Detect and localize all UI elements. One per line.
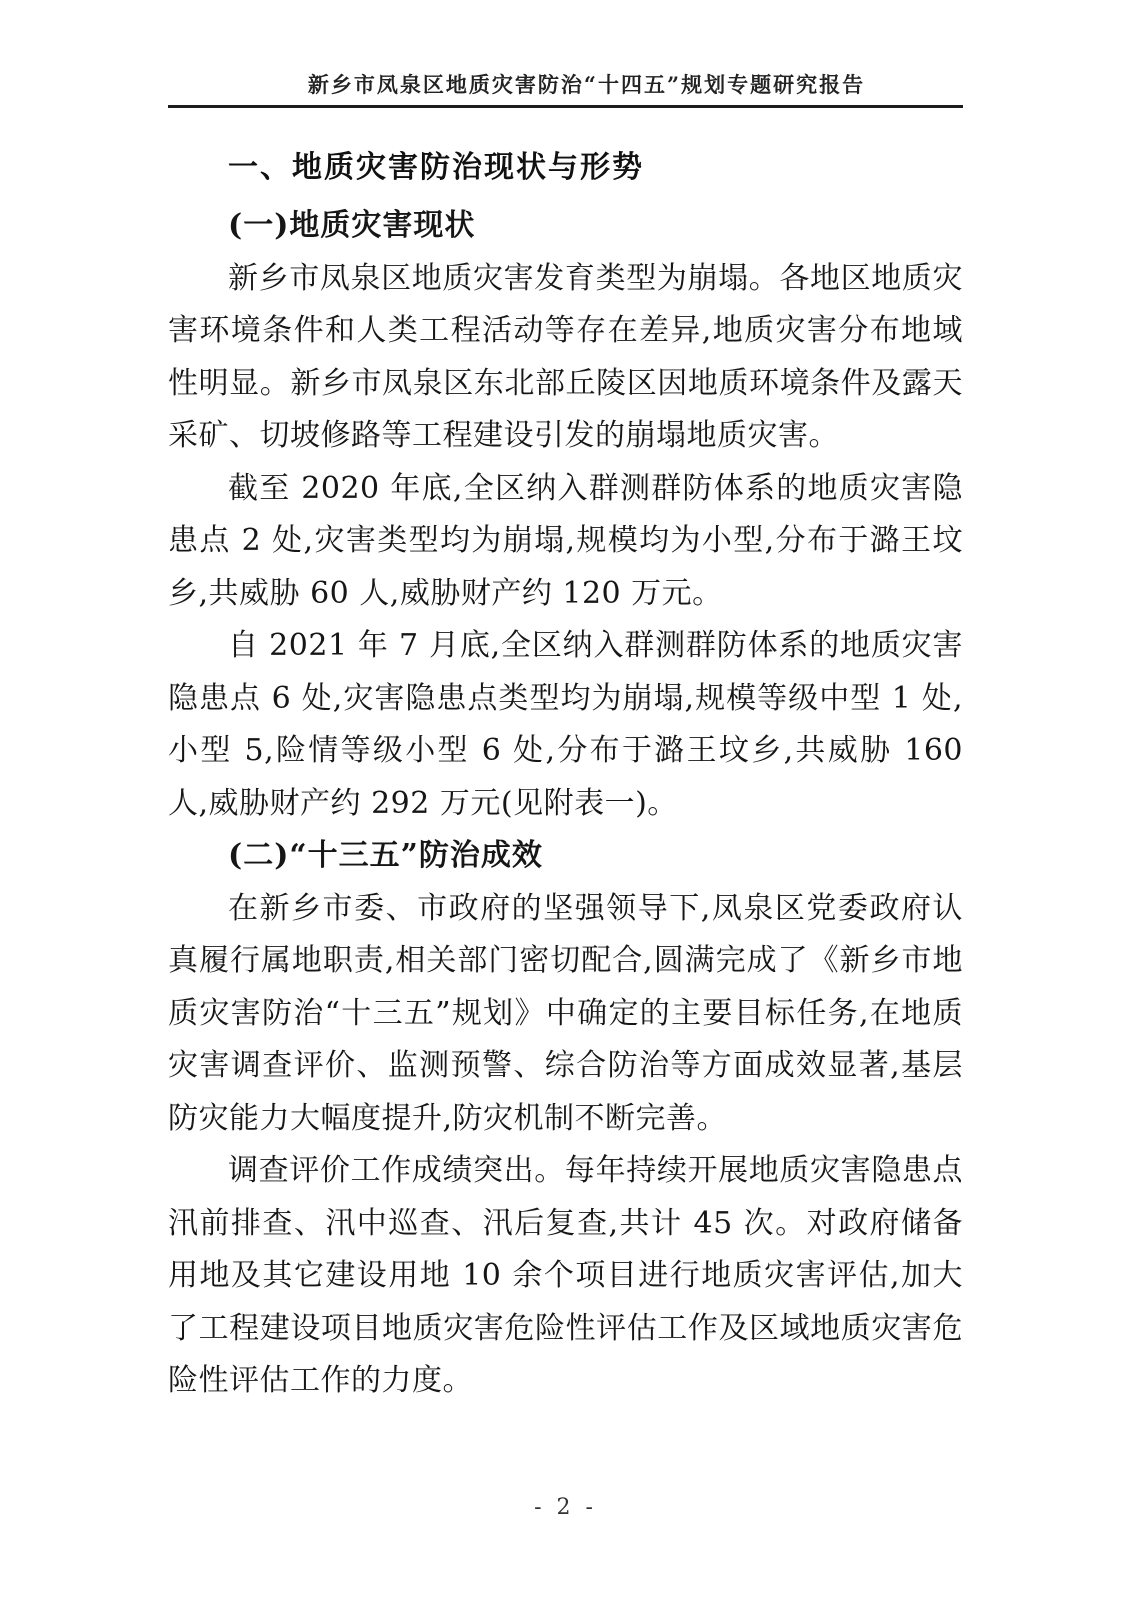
section-1-paragraph-2: 截至 2020 年底,全区纳入群测群防体系的地质灾害隐患点 2 处,灾害类型均为… xyxy=(168,463,963,621)
section-1-paragraph-1: 新乡市凤泉区地质灾害发育类型为崩塌。各地区地质灾害环境条件和人类工程活动等存在差… xyxy=(168,253,963,463)
chapter-title: 一、地质灾害防治现状与形势 xyxy=(168,148,963,188)
page-header: 新乡市凤泉区地质灾害防治“十四五”规划专题研究报告 xyxy=(0,0,1131,108)
document-page: 新乡市凤泉区地质灾害防治“十四五”规划专题研究报告 一、地质灾害防治现状与形势 … xyxy=(0,0,1131,1600)
section-2-paragraph-2: 调查评价工作成绩突出。每年持续开展地质灾害隐患点汛前排查、汛中巡查、汛后复查,共… xyxy=(168,1145,963,1408)
running-header-title: 新乡市凤泉区地质灾害防治“十四五”规划专题研究报告 xyxy=(21,72,1131,98)
page-footer: - 2 - xyxy=(0,1495,1131,1520)
document-body: 一、地质灾害防治现状与形势 (一)地质灾害现状 新乡市凤泉区地质灾害发育类型为崩… xyxy=(168,148,963,1408)
section-1-heading: (一)地质灾害现状 xyxy=(168,200,963,253)
section-1-paragraph-3: 自 2021 年 7 月底,全区纳入群测群防体系的地质灾害隐患点 6 处,灾害隐… xyxy=(168,620,963,830)
section-2-paragraph-1: 在新乡市委、市政府的坚强领导下,凤泉区党委政府认真履行属地职责,相关部门密切配合… xyxy=(168,883,963,1146)
section-2-heading: (二)“十三五”防治成效 xyxy=(168,830,963,883)
header-rule xyxy=(168,105,963,108)
page-number: - 2 - xyxy=(534,1495,597,1520)
